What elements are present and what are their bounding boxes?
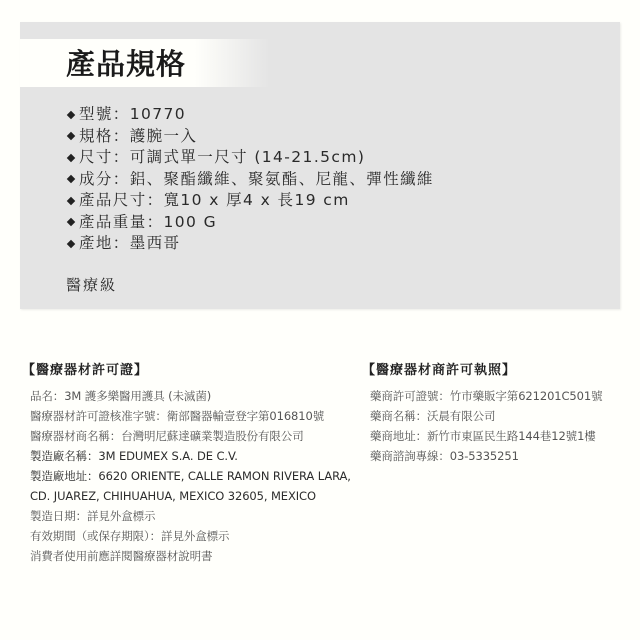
diamond-bullet-icon [67, 218, 75, 226]
spec-text: 成分：鋁、聚酯纖維、聚氨酯、尼龍、彈性纖維 [79, 169, 434, 191]
diamond-bullet-icon [67, 154, 75, 162]
license-line-firm-name: 醫療器材商名稱：台灣明尼蘇達礦業製造股份有限公司 [30, 426, 362, 446]
dealer-line-address: 藥商地址：新竹市東區民生路144巷12號1樓 [370, 426, 632, 446]
spec-item-weight: 產品重量：100 G [66, 212, 434, 234]
spec-text: 產品重量：100 G [79, 212, 217, 234]
license-line-manufacturer: 製造廠名稱：3M EDUMEX S.A. DE C.V. [30, 446, 362, 466]
spec-item-dimensions: 產品尺寸：寬10 x 厚4 x 長19 cm [66, 190, 434, 212]
page-title: 產品規格 [66, 44, 186, 84]
medical-grade-label: 醫療級 [66, 274, 117, 295]
device-license-section: 【醫療器材許可證】 品名：3M 護多樂醫用護具 (未滅菌) 醫療器材許可證核准字… [22, 362, 362, 566]
license-line-notice: 消費者使用前應詳閱醫療器材說明書 [30, 546, 362, 566]
diamond-bullet-icon [67, 175, 75, 183]
device-license-heading: 【醫療器材許可證】 [22, 362, 362, 380]
spec-item-spec: 規格：護腕一入 [66, 126, 434, 148]
spec-list: 型號：10770 規格：護腕一入 尺寸：可調式單一尺寸 (14-21.5cm) … [66, 104, 434, 255]
license-line-address-1: 製造廠地址：6620 ORIENTE, CALLE RAMON RIVERA L… [30, 466, 362, 486]
diamond-bullet-icon [67, 111, 75, 119]
license-line-expiry: 有效期間（或保存期限）：詳見外盒標示 [30, 526, 362, 546]
product-spec-panel: 產品規格 型號：10770 規格：護腕一入 尺寸：可調式單一尺寸 (14-21.… [20, 22, 620, 309]
license-line-product-name: 品名：3M 護多樂醫用護具 (未滅菌) [30, 386, 362, 406]
spec-text: 產品尺寸：寬10 x 厚4 x 長19 cm [79, 190, 350, 212]
diamond-bullet-icon [67, 132, 75, 140]
spec-item-model: 型號：10770 [66, 104, 434, 126]
dealer-line-name: 藥商名稱：沃晨有限公司 [370, 406, 632, 426]
spec-text: 產地：墨西哥 [79, 233, 180, 255]
dealer-license-section: 【醫療器材商許可執照】 藥商許可證號：竹市藥販字第621201C501號 藥商名… [362, 362, 632, 466]
dealer-license-lines: 藥商許可證號：竹市藥販字第621201C501號 藥商名稱：沃晨有限公司 藥商地… [362, 386, 632, 466]
diamond-bullet-icon [67, 240, 75, 248]
license-line-manufacture-date: 製造日期：詳見外盒標示 [30, 506, 362, 526]
license-line-address-2: CD. JUAREZ, CHIHUAHUA, MEXICO 32605, MEX… [30, 486, 362, 506]
device-license-lines: 品名：3M 護多樂醫用護具 (未滅菌) 醫療器材許可證核准字號：衛部醫器輸壹登字… [22, 386, 362, 566]
spec-item-size: 尺寸：可調式單一尺寸 (14-21.5cm) [66, 147, 434, 169]
dealer-license-heading: 【醫療器材商許可執照】 [362, 362, 632, 380]
dealer-line-permit-number: 藥商許可證號：竹市藥販字第621201C501號 [370, 386, 632, 406]
spec-text: 規格：護腕一入 [79, 126, 197, 148]
spec-item-origin: 產地：墨西哥 [66, 233, 434, 255]
spec-text: 型號：10770 [79, 104, 186, 126]
diamond-bullet-icon [67, 197, 75, 205]
license-line-approval-number: 醫療器材許可證核准字號：衛部醫器輸壹登字第016810號 [30, 406, 362, 426]
dealer-line-hotline: 藥商諮詢專線：03-5335251 [370, 446, 632, 466]
spec-item-material: 成分：鋁、聚酯纖維、聚氨酯、尼龍、彈性纖維 [66, 169, 434, 191]
spec-text: 尺寸：可調式單一尺寸 (14-21.5cm) [79, 147, 365, 169]
